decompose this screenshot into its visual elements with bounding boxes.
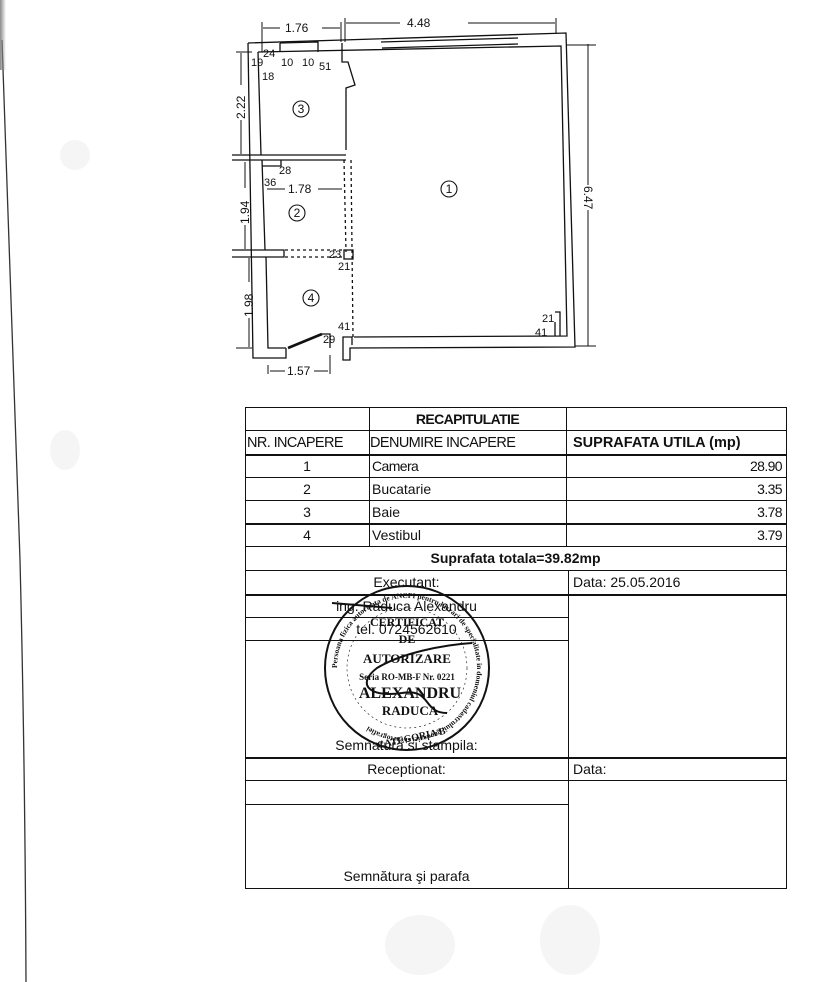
row-area: 28.90 — [568, 459, 782, 473]
floor-plan: 1.76 4.48 2.22 1.94 1.98 6.47 1.78 1.57 … — [0, 0, 821, 400]
authorization-stamp: Persoana fizica autorizata de ANCPI pent… — [322, 583, 492, 753]
stamp-line: ALEXANDRU — [359, 685, 462, 702]
annotation: 28 — [279, 165, 291, 177]
dim-right: 6.47 — [581, 186, 595, 210]
row-area: 3.79 — [568, 528, 782, 542]
stamp-line: AUTORIZARE — [363, 651, 451, 666]
row-name: Bucatarie — [372, 482, 562, 496]
annotation: 21 — [338, 261, 350, 273]
column-header-area: SUPRAFATA UTILA (mp) — [573, 436, 785, 451]
annotation: 18 — [262, 71, 274, 83]
stamp-line: CERTIFICAT — [370, 615, 444, 629]
row-name: Baie — [372, 505, 562, 519]
scan-smudge — [540, 905, 600, 975]
dim-left-middle: 1.94 — [238, 200, 252, 224]
annotation: 24 — [263, 48, 275, 60]
annotation: 41 — [535, 327, 547, 339]
received-label: Receptionat: — [245, 762, 568, 776]
room-2-label: 2 — [294, 206, 301, 220]
row-nr: 1 — [245, 459, 369, 473]
row-area: 3.78 — [568, 505, 782, 519]
row-nr: 2 — [245, 482, 369, 496]
row-name: Vestibul — [372, 528, 562, 542]
dim-top-right: 4.48 — [407, 16, 431, 30]
dim-kitchen-width: 1.78 — [288, 182, 312, 196]
stamp-line: CATEGORIA B — [376, 726, 447, 751]
total-area: Suprafata totala=39.82mp — [245, 551, 786, 565]
annotation: 29 — [323, 334, 335, 346]
execution-date: Data: 25.05.2016 — [573, 575, 783, 589]
row-nr: 3 — [245, 505, 369, 519]
signature-parafa-label: Semnătura şi parafa — [245, 869, 568, 883]
annotation: 10 — [281, 57, 293, 69]
dim-left-upper: 2.22 — [234, 95, 248, 119]
dim-bottom: 1.57 — [287, 364, 311, 378]
scan-smudge — [50, 430, 80, 470]
dim-left-lower: 1.98 — [242, 293, 256, 317]
stamp-line: Seria RO-MB-F Nr. 0221 — [359, 672, 455, 682]
column-header-name: DENUMIRE INCAPERE — [370, 436, 567, 451]
annotation: 41 — [338, 321, 350, 333]
annotation: 21 — [542, 313, 554, 325]
dim-top-left: 1.76 — [285, 21, 309, 35]
annotation: 19 — [251, 57, 263, 69]
room-4-label: 4 — [308, 291, 315, 305]
stamp-line: DE — [399, 632, 416, 646]
annotation: 23 — [329, 249, 341, 261]
row-nr: 4 — [245, 528, 369, 542]
column-header-nr: NR. INCAPERE — [247, 436, 371, 451]
row-area: 3.35 — [568, 482, 782, 496]
room-1-label: 1 — [446, 182, 453, 196]
row-name: Camera — [372, 459, 562, 473]
table-title: RECAPITULATIE — [369, 412, 566, 426]
annotation: 51 — [319, 61, 331, 73]
annotation: 10 — [302, 57, 314, 69]
scan-smudge — [385, 915, 455, 975]
room-3-label: 3 — [298, 102, 305, 116]
annotation: 36 — [264, 177, 276, 189]
received-date-label: Data: — [573, 762, 783, 776]
